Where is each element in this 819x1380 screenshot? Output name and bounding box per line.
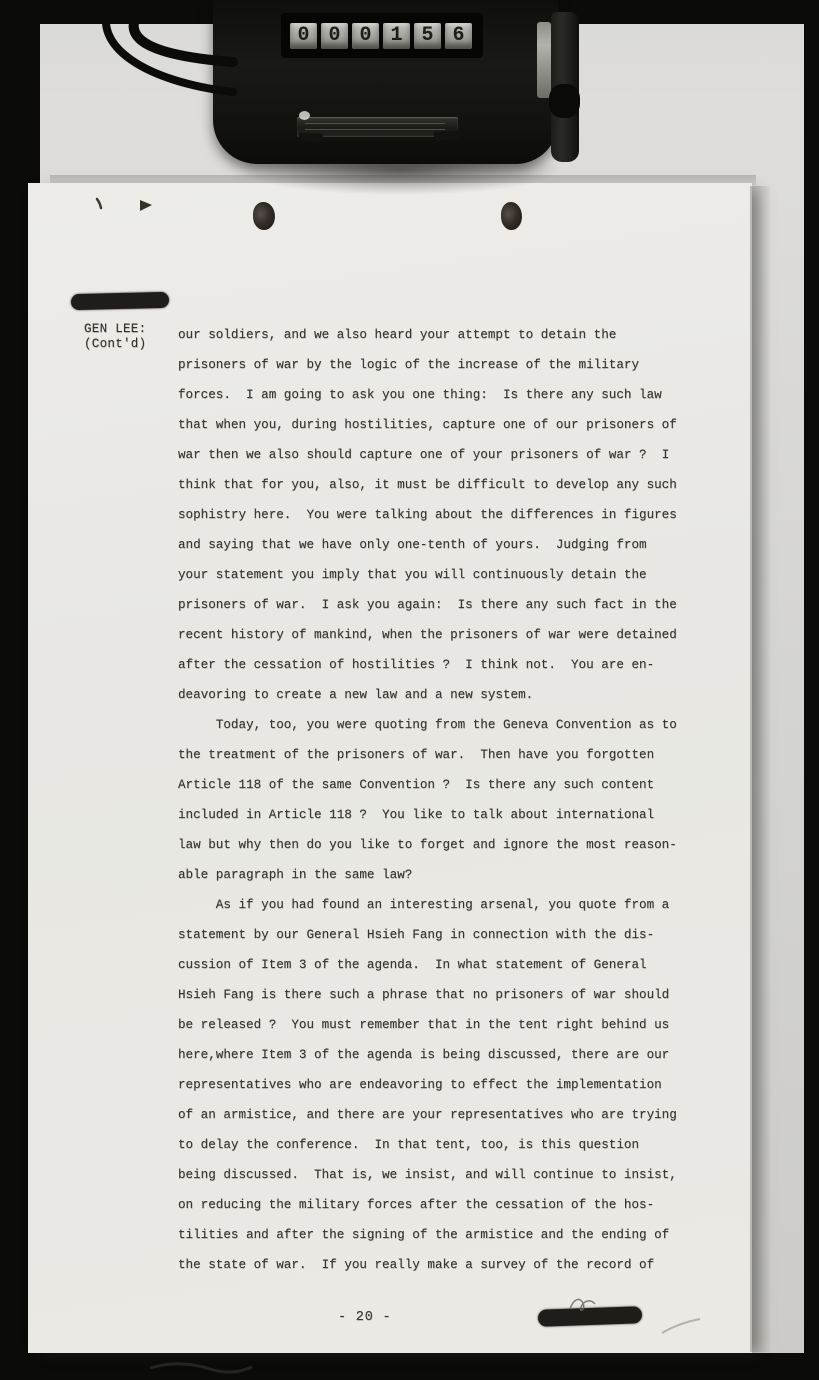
text-line: tilities and after the signing of the ar… <box>178 1220 677 1250</box>
plate-line <box>305 129 445 130</box>
text-line: being discussed. That is, we insist, and… <box>178 1160 677 1190</box>
text-line: that when you, during hostilities, captu… <box>178 410 677 440</box>
hole-punch-right <box>501 202 522 230</box>
text-line: after the cessation of hostilities ? I t… <box>178 650 677 680</box>
body-text: our soldiers, and we also heard your att… <box>178 320 677 1280</box>
digit-cell: 0 <box>321 23 348 49</box>
text-line: your statement you imply that you will c… <box>178 560 677 590</box>
text-line: Article 118 of the same Convention ? Is … <box>178 770 677 800</box>
page-number: - 20 - <box>338 1310 391 1325</box>
redaction-bar-top <box>71 292 169 310</box>
text-line: forces. I am going to ask you one thing:… <box>178 380 677 410</box>
text-line: able paragraph in the same law? <box>178 860 677 890</box>
speaker-contd: (Cont'd) <box>84 337 146 352</box>
text-line: law but why then do you like to forget a… <box>178 830 677 860</box>
plate-glint <box>299 111 310 120</box>
plate-foot-left <box>299 132 323 142</box>
text-line: and saying that we have only one-tenth o… <box>178 530 677 560</box>
plate-line <box>305 123 445 124</box>
text-line: representatives who are endeavoring to e… <box>178 1070 677 1100</box>
digit-cell: 0 <box>352 23 379 49</box>
digit-cell: 1 <box>383 23 410 49</box>
digit-cell: 5 <box>414 23 441 49</box>
text-line: of an armistice, and there are your repr… <box>178 1100 677 1130</box>
text-line: the state of war. If you really make a s… <box>178 1250 677 1280</box>
text-line: cussion of Item 3 of the agenda. In what… <box>178 950 677 980</box>
text-line: prisoners of war. I ask you again: Is th… <box>178 590 677 620</box>
text-line: statement by our General Hsieh Fang in c… <box>178 920 677 950</box>
text-line: Hsieh Fang is there such a phrase that n… <box>178 980 677 1010</box>
digit-cell: 6 <box>445 23 472 49</box>
plate-foot-right <box>434 130 461 140</box>
text-line: our soldiers, and we also heard your att… <box>178 320 677 350</box>
text-line: be released ? You must remember that in … <box>178 1010 677 1040</box>
counter-lever-highlight <box>537 22 551 98</box>
text-line: Today, too, you were quoting from the Ge… <box>178 710 677 740</box>
redaction-bar-bottom <box>538 1306 643 1327</box>
text-line: here,where Item 3 of the agenda is being… <box>178 1040 677 1070</box>
text-line: recent history of mankind, when the pris… <box>178 620 677 650</box>
scanned-document-frame: { "counter": { "digits": "000156" }, "pa… <box>0 0 819 1380</box>
speaker-name: GEN LEE: <box>84 322 146 337</box>
text-line: think that for you, also, it must be dif… <box>178 470 677 500</box>
text-line: deavoring to create a new law and a new … <box>178 680 677 710</box>
film-scratch <box>150 1364 252 1372</box>
counter-lever-knob <box>549 84 580 118</box>
text-line: included in Article 118 ? You like to ta… <box>178 800 677 830</box>
text-line: As if you had found an interesting arsen… <box>178 890 677 920</box>
page-right-shadow <box>750 186 770 1352</box>
text-line: prisoners of war by the logic of the inc… <box>178 350 677 380</box>
speaker-label: GEN LEE: (Cont'd) <box>84 322 146 352</box>
text-line: on reducing the military forces after th… <box>178 1190 677 1220</box>
digit-cell: 0 <box>290 23 317 49</box>
counter-digits: 000156 <box>281 13 483 58</box>
hole-punch-left <box>253 202 275 230</box>
text-line: war then we also should capture one of y… <box>178 440 677 470</box>
text-line: sophistry here. You were talking about t… <box>178 500 677 530</box>
text-line: to delay the conference. In that tent, t… <box>178 1130 677 1160</box>
text-line: the treatment of the prisoners of war. T… <box>178 740 677 770</box>
